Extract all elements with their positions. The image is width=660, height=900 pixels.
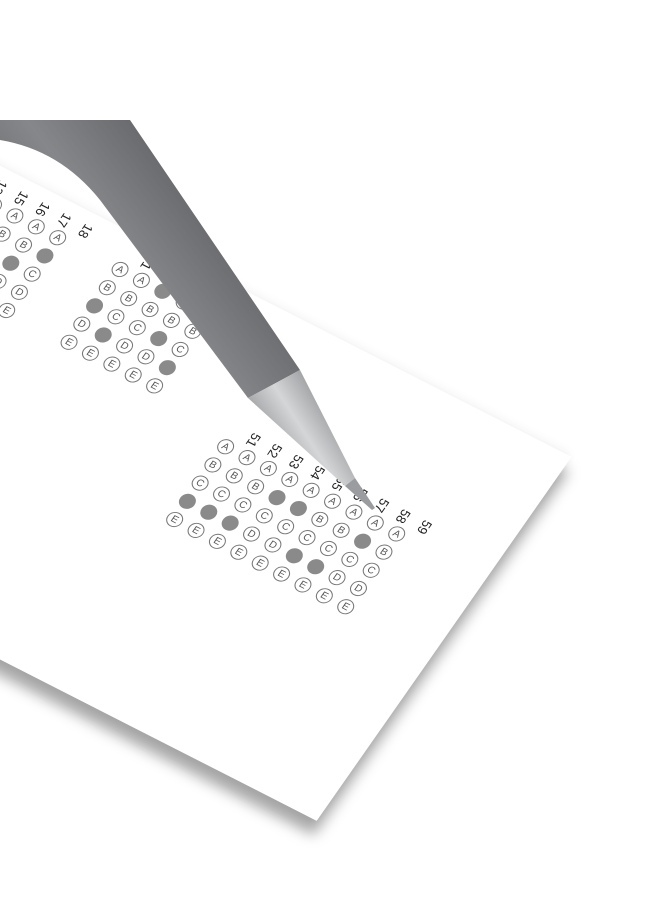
- answer-sheet: 11ABCDE12ABCDE15ABCDE16ABCDE17ABCDE18ABC…: [0, 130, 572, 887]
- photo-scene: 11ABCDE12ABCDE15ABCDE16ABCDE17ABCDE18ABC…: [0, 0, 660, 900]
